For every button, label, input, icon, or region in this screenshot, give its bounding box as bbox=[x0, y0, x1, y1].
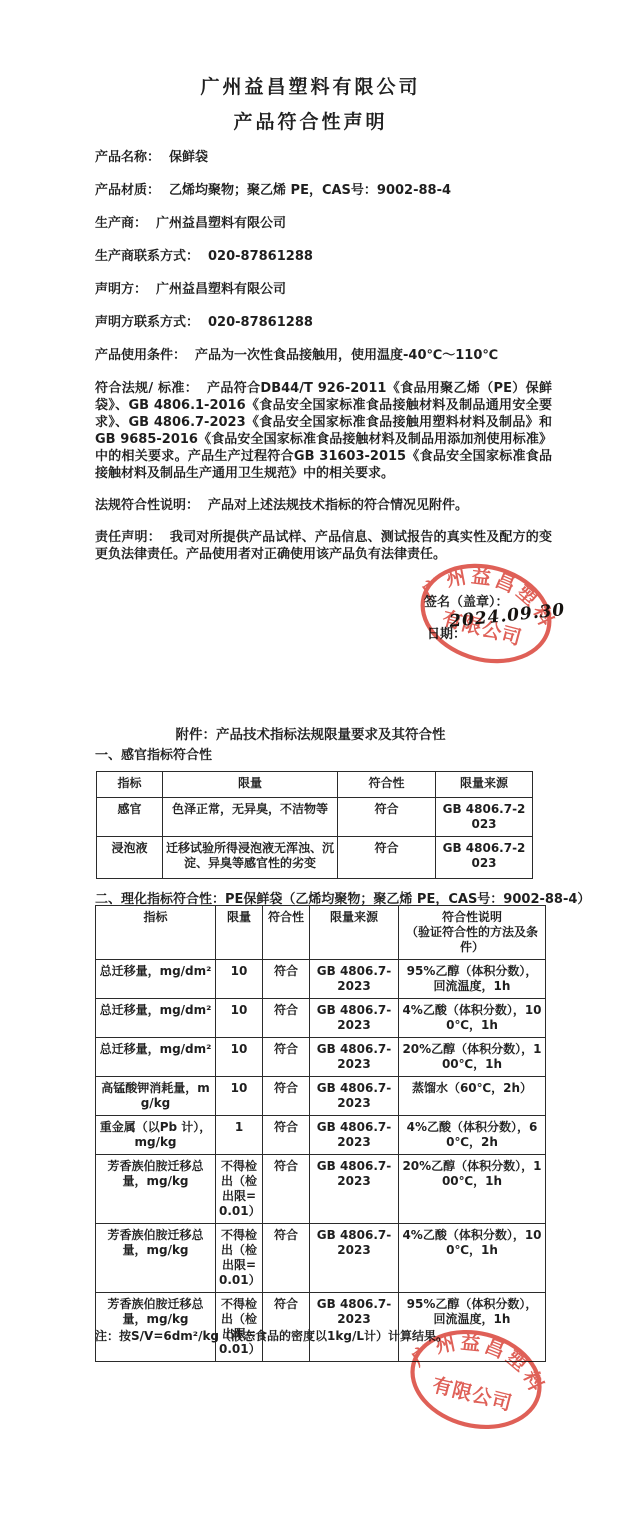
table-header-row: 指标 限量 符合性 限量来源 符合性说明 （验证符合性的方法及条件） bbox=[96, 906, 546, 960]
table-row: 总迁移量，mg/dm² 10 符合 GB 4806.7-2023 95%乙醇（体… bbox=[96, 960, 546, 999]
table-row: 浸泡液 迁移试验所得浸泡液无浑浊、沉淀、异臭等感官性的劣变 符合 GB 4806… bbox=[97, 837, 533, 879]
field-value: 020-87861288 bbox=[208, 249, 313, 264]
compliance-note-paragraph: 法规符合性说明：产品对上述法规技术指标的符合情况见附件。 bbox=[95, 498, 552, 515]
field-declarer-contact: 声明方联系方式：020-87861288 bbox=[95, 311, 565, 344]
attachment-title: 附件：产品技术指标法规限量要求及其符合性 bbox=[0, 723, 621, 743]
document-title: 产品符合性声明 bbox=[0, 107, 621, 134]
column-header: 指标 bbox=[96, 906, 216, 960]
column-header: 符合性 bbox=[338, 772, 436, 798]
field-label: 产品名称： bbox=[95, 150, 160, 165]
paragraph-text: 我司对所提供产品试样、产品信息、测试报告的真实性及配方的变更负法律责任。产品使用… bbox=[95, 530, 552, 562]
table-cell: 4%乙酸（体积分数），100℃，1h bbox=[399, 1224, 546, 1293]
table-cell: 20%乙醇（体积分数），100℃，1h bbox=[399, 1155, 546, 1224]
column-header: 指标 bbox=[97, 772, 163, 798]
table-cell: 符合 bbox=[263, 960, 310, 999]
table-cell: 浸泡液 bbox=[97, 837, 163, 879]
field-declarer: 声明方：广州益昌塑料有限公司 bbox=[95, 278, 565, 311]
column-header: 符合性说明 （验证符合性的方法及条件） bbox=[399, 906, 546, 960]
table-cell: 4%乙酸（体积分数），60℃，2h bbox=[399, 1116, 546, 1155]
column-header: 符合性 bbox=[263, 906, 310, 960]
table-cell: 1 bbox=[216, 1116, 263, 1155]
table-cell: 总迁移量，mg/dm² bbox=[96, 999, 216, 1038]
table-cell: 符合 bbox=[338, 837, 436, 879]
table-cell: 重金属（以Pb 计），mg/kg bbox=[96, 1116, 216, 1155]
table-cell: 10 bbox=[216, 1038, 263, 1077]
table-cell: GB 4806.7-2023 bbox=[310, 1224, 399, 1293]
field-label: 生产商： bbox=[95, 216, 147, 231]
table-cell: 符合 bbox=[338, 798, 436, 837]
table-cell: GB 4806.7-2023 bbox=[310, 999, 399, 1038]
field-product-material: 产品材质：乙烯均聚物；聚乙烯 PE，CAS号：9002-88-4 bbox=[95, 179, 565, 212]
stamp-center-text: 有限公司 bbox=[430, 1373, 514, 1415]
table-cell: 4%乙酸（体积分数），100℃，1h bbox=[399, 999, 546, 1038]
paragraph-label: 符合法规/ 标准： bbox=[95, 381, 198, 396]
column-header: 限量 bbox=[163, 772, 338, 798]
table-cell: 符合 bbox=[263, 1077, 310, 1116]
field-value: 保鲜袋 bbox=[169, 150, 208, 165]
law-standard-paragraph: 符合法规/ 标准：产品符合DB44/T 926-2011《食品用聚乙烯（PE）保… bbox=[95, 381, 552, 482]
table-cell: GB 4806.7-2023 bbox=[310, 1116, 399, 1155]
table-cell: 95%乙醇（体积分数），回流温度，1h bbox=[399, 960, 546, 999]
column-header: 限量 bbox=[216, 906, 263, 960]
table-cell: 芳香族伯胺迁移总量，mg/kg bbox=[96, 1224, 216, 1293]
table-footnote: 注：按S/V=6dm²/kg（液态食品的密度以1kg/L计）计算结果。 bbox=[95, 1327, 448, 1344]
field-value: 产品为一次性食品接触用，使用温度-40℃～110℃ bbox=[195, 348, 498, 363]
table-cell: 不得检出（检出限=0.01） bbox=[216, 1224, 263, 1293]
table-header-row: 指标 限量 符合性 限量来源 bbox=[97, 772, 533, 798]
field-use-conditions: 产品使用条件：产品为一次性食品接触用，使用温度-40℃～110℃ bbox=[95, 344, 565, 377]
table-row: 重金属（以Pb 计），mg/kg 1 符合 GB 4806.7-2023 4%乙… bbox=[96, 1116, 546, 1155]
table-cell: 符合 bbox=[263, 999, 310, 1038]
table-cell: 20%乙醇（体积分数），100℃，1h bbox=[399, 1038, 546, 1077]
table-row: 感官 色泽正常，无异臭，不洁物等 符合 GB 4806.7-2023 bbox=[97, 798, 533, 837]
column-header-line1: 符合性说明 bbox=[402, 910, 542, 925]
section1-title: 一、感官指标符合性 bbox=[95, 744, 212, 763]
field-value: 广州益昌塑料有限公司 bbox=[156, 282, 286, 297]
field-value: 广州益昌塑料有限公司 bbox=[156, 216, 286, 231]
table-row: 总迁移量，mg/dm² 10 符合 GB 4806.7-2023 4%乙酸（体积… bbox=[96, 999, 546, 1038]
table-cell: 色泽正常，无异臭，不洁物等 bbox=[163, 798, 338, 837]
table-cell: 总迁移量，mg/dm² bbox=[96, 1038, 216, 1077]
field-product-name: 产品名称：保鲜袋 bbox=[95, 146, 565, 179]
table-row: 高锰酸钾消耗量，mg/kg 10 符合 GB 4806.7-2023 蒸馏水（6… bbox=[96, 1077, 546, 1116]
column-header: 限量来源 bbox=[310, 906, 399, 960]
paragraph-label: 法规符合性说明： bbox=[95, 498, 199, 513]
paragraph-text: 产品对上述法规技术指标的符合情况见附件。 bbox=[208, 498, 468, 513]
product-info-fields: 产品名称：保鲜袋 产品材质：乙烯均聚物；聚乙烯 PE，CAS号：9002-88-… bbox=[95, 146, 565, 377]
table-cell: 迁移试验所得浸泡液无浑浊、沉淀、异臭等感官性的劣变 bbox=[163, 837, 338, 879]
column-header-line2: （验证符合性的方法及条件） bbox=[402, 925, 542, 955]
column-header: 限量来源 bbox=[436, 772, 533, 798]
physicochemical-indicators-table: 指标 限量 符合性 限量来源 符合性说明 （验证符合性的方法及条件） 总迁移量，… bbox=[95, 905, 546, 1362]
table-row: 总迁移量，mg/dm² 10 符合 GB 4806.7-2023 20%乙醇（体… bbox=[96, 1038, 546, 1077]
table-cell: GB 4806.7-2023 bbox=[310, 1077, 399, 1116]
field-manufacturer: 生产商：广州益昌塑料有限公司 bbox=[95, 212, 565, 245]
table-cell: 蒸馏水（60℃，2h） bbox=[399, 1077, 546, 1116]
table-cell: 感官 bbox=[97, 798, 163, 837]
field-label: 生产商联系方式： bbox=[95, 249, 199, 264]
table-cell: GB 4806.7-2023 bbox=[310, 1038, 399, 1077]
table-cell: 高锰酸钾消耗量，mg/kg bbox=[96, 1077, 216, 1116]
table-cell: GB 4806.7-2023 bbox=[436, 798, 533, 837]
field-value: 乙烯均聚物；聚乙烯 PE，CAS号：9002-88-4 bbox=[169, 183, 451, 198]
table-row: 芳香族伯胺迁移总量，mg/kg 不得检出（检出限=0.01） 符合 GB 480… bbox=[96, 1224, 546, 1293]
field-value: 020-87861288 bbox=[208, 315, 313, 330]
table-cell: 符合 bbox=[263, 1038, 310, 1077]
table-cell: 10 bbox=[216, 1077, 263, 1116]
table-cell: 芳香族伯胺迁移总量，mg/kg bbox=[96, 1155, 216, 1224]
field-manufacturer-contact: 生产商联系方式：020-87861288 bbox=[95, 245, 565, 278]
field-label: 声明方： bbox=[95, 282, 147, 297]
field-label: 产品使用条件： bbox=[95, 348, 186, 363]
table-cell: 总迁移量，mg/dm² bbox=[96, 960, 216, 999]
paragraph-label: 责任声明： bbox=[95, 530, 161, 545]
table-cell: 10 bbox=[216, 960, 263, 999]
table-cell: 符合 bbox=[263, 1155, 310, 1224]
table-cell: GB 4806.7-2023 bbox=[436, 837, 533, 879]
document-page: 广州益昌塑料有限公司 产品符合性声明 产品名称：保鲜袋 产品材质：乙烯均聚物；聚… bbox=[0, 0, 621, 1533]
sensory-indicators-table: 指标 限量 符合性 限量来源 感官 色泽正常，无异臭，不洁物等 符合 GB 48… bbox=[96, 771, 533, 879]
table-cell: 不得检出（检出限=0.01） bbox=[216, 1155, 263, 1224]
table-cell: 符合 bbox=[263, 1224, 310, 1293]
field-label: 声明方联系方式： bbox=[95, 315, 199, 330]
table-cell: 10 bbox=[216, 999, 263, 1038]
table-cell: GB 4806.7-2023 bbox=[310, 960, 399, 999]
table-row: 芳香族伯胺迁移总量，mg/kg 不得检出（检出限=0.01） 符合 GB 480… bbox=[96, 1155, 546, 1224]
company-name-title: 广州益昌塑料有限公司 bbox=[0, 72, 621, 99]
table-cell: GB 4806.7-2023 bbox=[310, 1155, 399, 1224]
field-label: 产品材质： bbox=[95, 183, 160, 198]
table-cell: 符合 bbox=[263, 1116, 310, 1155]
